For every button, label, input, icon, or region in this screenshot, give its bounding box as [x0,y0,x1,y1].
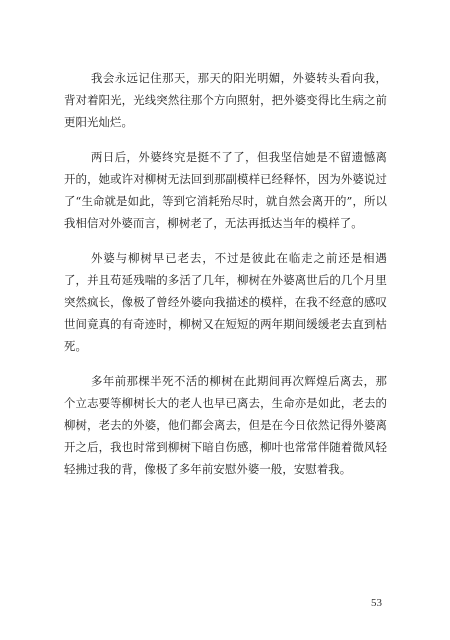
paragraph-1: 我会永远记住那天，那天的阳光明媚，外婆转头看向我，背对着阳光，光线突然往那个方向… [64,67,387,133]
paragraph-2: 两日后，外婆终究是挺不了了，但我坚信她是不留遗憾离开的，她或许对柳树无法回到那副… [64,146,387,234]
paragraph-3: 外婆与柳树早已老去，不过是彼此在临走之前还是相遇了，并且苟延残喘的多活了几年，柳… [64,247,387,357]
document-body: 我会永远记住那天，那天的阳光明媚，外婆转头看向我，背对着阳光，光线突然往那个方向… [64,67,387,493]
page-number: 53 [371,597,382,609]
paragraph-4: 多年前那棵半死不活的柳树在此期间再次辉煌后离去，那个立志要等柳树长大的老人也早已… [64,370,387,480]
